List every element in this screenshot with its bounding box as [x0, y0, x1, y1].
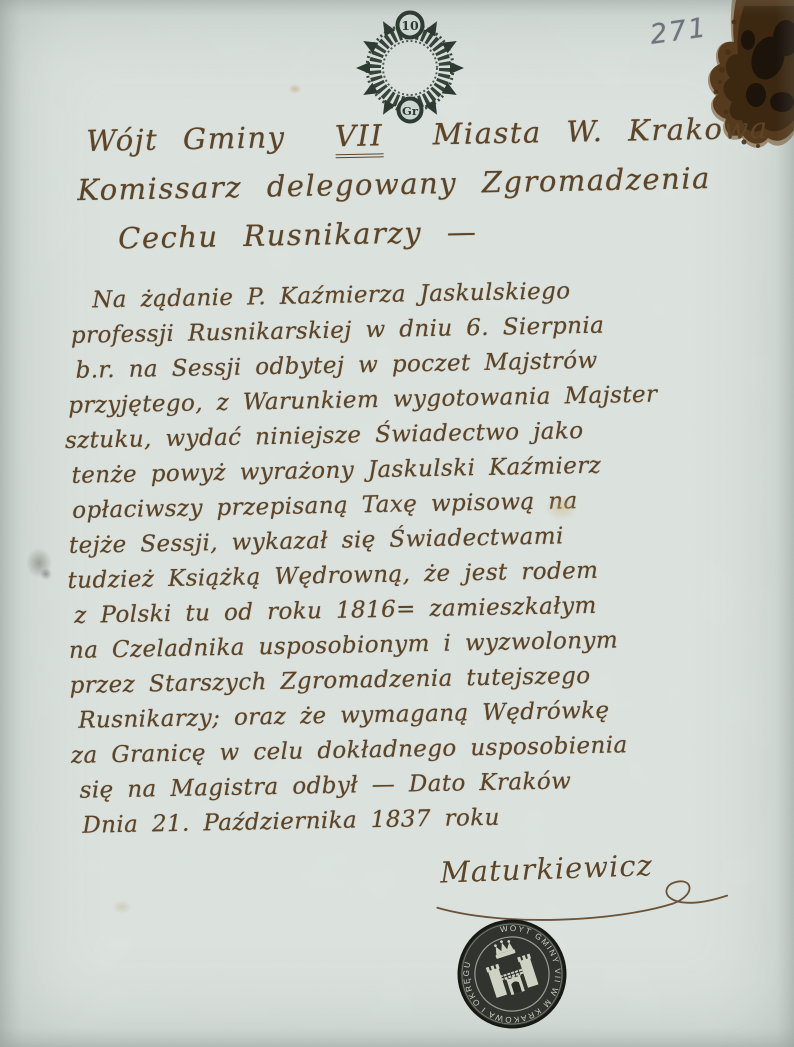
- heading-line1-post: Miasta W. Krakowa: [432, 111, 769, 151]
- signature-block: Maturkiewicz: [440, 844, 761, 889]
- document-heading: Wójt Gminy VII Miasta W. Krakowa Komissa…: [86, 111, 771, 271]
- stamp-value-top-badge: 10: [398, 13, 423, 38]
- stamp-value-top: 10: [401, 18, 419, 33]
- manuscript-body: Na żądanie P. Kaźmierza Jaskulskiego pro…: [62, 277, 666, 848]
- official-seal: WOYT GMINY VII W M KRAKOWA I OKRĘGU: [452, 914, 572, 1034]
- heading-gmina-number: VII: [335, 118, 384, 158]
- ink-smudge: [40, 568, 52, 580]
- manuscript-page: 10 Gr 271 Wójt Gminy VII Miasta W. Krako…: [0, 0, 794, 1047]
- stamp-wreath: [375, 33, 445, 103]
- stamp-value-bottom: Gr: [402, 104, 419, 118]
- revenue-stamp: 10 Gr: [352, 10, 468, 126]
- foxing-spot: [288, 84, 302, 94]
- foxing-spot: [112, 900, 132, 914]
- ink-smudge: [26, 548, 52, 578]
- heading-line1-pre: Wójt Gminy: [86, 120, 286, 158]
